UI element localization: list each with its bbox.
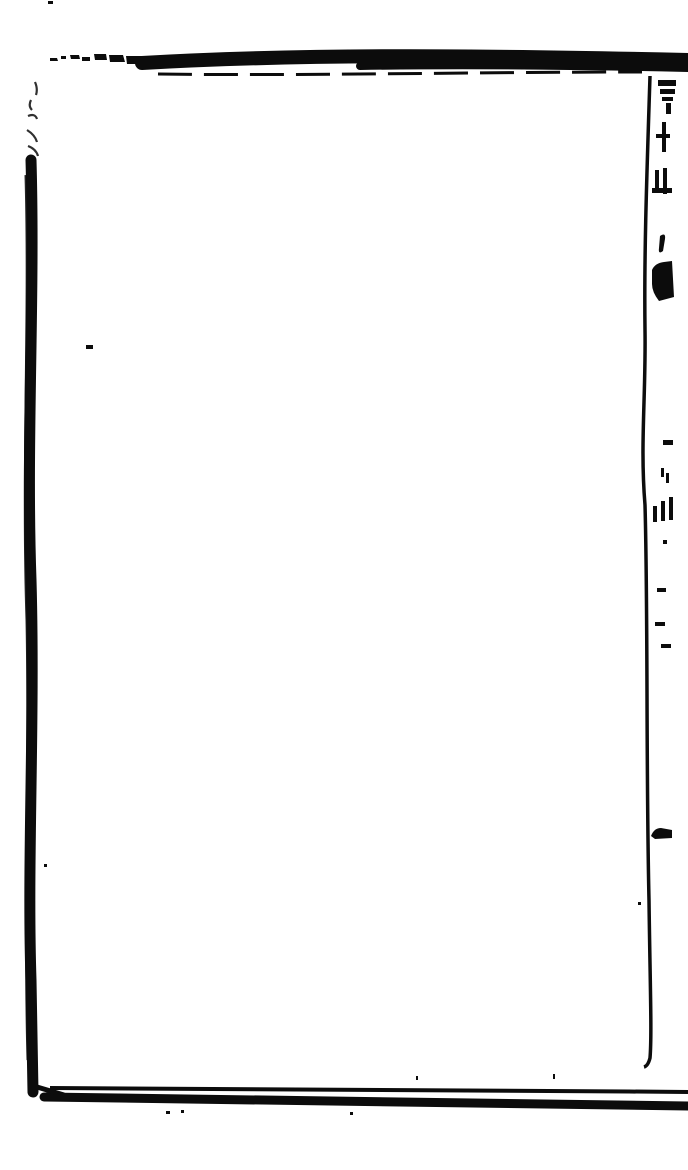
edge-fragment-bold-dash: [651, 828, 672, 839]
scanned-document-page: [0, 0, 688, 1170]
ink-speck: [350, 1112, 353, 1115]
edge-fragment-dash: [663, 440, 673, 445]
ink-speck: [416, 1076, 418, 1080]
left-margin-scribble: [27, 82, 38, 156]
edge-fragment-dash: [655, 622, 665, 626]
edge-fragment-glyph: [656, 122, 670, 152]
page-corner-speck: [48, 1, 53, 4]
ink-speck: [44, 864, 47, 867]
left-border-rule-rough: [26, 175, 29, 1060]
edge-fragment-glyph: [659, 235, 665, 253]
top-border-start-specks: [50, 54, 146, 64]
edge-fragment-dash: [661, 644, 671, 648]
ink-speck: [638, 902, 641, 905]
edge-fragment-blob: [652, 261, 674, 301]
edge-fragment-glyph: [652, 168, 672, 194]
edge-fragment-dot: [663, 540, 667, 544]
right-border-rule: [643, 76, 651, 1067]
top-border-rule-heavy: [360, 65, 688, 68]
ink-speck: [166, 1111, 170, 1114]
edge-fragment-ticks: [661, 468, 669, 483]
ink-layer: [0, 0, 688, 1170]
edge-fragment-dash: [657, 588, 666, 592]
bottom-border-thick-rule: [44, 1097, 688, 1106]
ink-speck: [553, 1074, 555, 1079]
edge-fragment-bars: [653, 497, 673, 522]
edge-fragment-glyph: [658, 80, 676, 114]
ink-dash: [86, 345, 93, 349]
top-border-subline: [158, 72, 642, 75]
ink-speck: [181, 1110, 184, 1113]
bottom-border-thin-rule: [50, 1088, 688, 1092]
